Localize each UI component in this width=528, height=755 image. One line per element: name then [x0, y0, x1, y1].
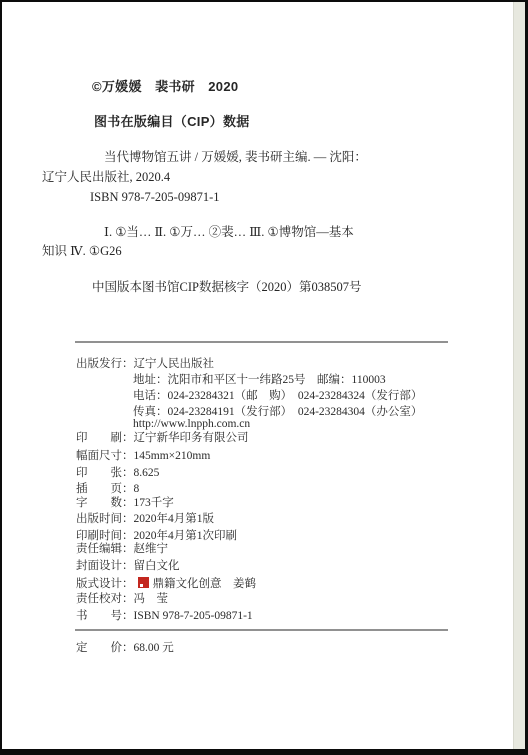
publisher-phone: 电话：024-23284321（邮 购） 024-23284324（发行部）: [133, 387, 422, 403]
price-row: 定 价：68.00 元: [76, 639, 174, 655]
row-trim-size: 幅面尺寸：145mm×210mm: [76, 447, 210, 463]
cip-heading: 图书在版编目（CIP）数据: [94, 115, 250, 130]
publisher-name: 辽宁人民出版社: [134, 358, 215, 370]
designer-seal-icon: [138, 577, 149, 588]
row-proofreader: 责任校对：冯 莹: [76, 590, 168, 606]
divider-line-bottom: [75, 629, 448, 631]
page-edge-left: [0, 0, 2, 755]
publisher-fax: 传真：024-23284191（发行部） 024-23284304（办公室）: [133, 403, 422, 419]
cip-entry-line1: 当代博物馆五讲 / 万媛媛, 裴书研主编. — 沈阳：: [104, 150, 367, 164]
row-printed-sheets: 印 张：8.625: [76, 464, 159, 480]
cip-entry-line2: 辽宁人民出版社, 2020.4: [42, 170, 170, 184]
copyright-line: ©万媛媛 裴书研 2020: [92, 80, 238, 95]
divider-line-top: [75, 341, 448, 343]
page-edge-bottom: [0, 749, 528, 755]
scan-strip-right: [513, 2, 525, 749]
row-word-count: 字 数：173千字: [76, 494, 174, 510]
row-book-number: 书 号：ISBN 978-7-205-09871-1: [76, 607, 253, 623]
cip-classification-line2: 知识 Ⅳ. ①G26: [42, 244, 122, 258]
price-label: 定 价：: [76, 642, 134, 654]
price-value: 68.00 元: [134, 642, 174, 654]
row-cover-design: 封面设计：留白文化: [76, 557, 180, 573]
cip-record-number: 中国版本图书馆CIP数据核字（2020）第038507号: [92, 280, 361, 294]
publisher-address: 地址：沈阳市和平区十一纬路25号 邮编：110003: [133, 371, 386, 387]
publisher-row: 出版发行：辽宁人民出版社: [76, 355, 214, 371]
page-edge-top: [0, 0, 528, 2]
row-printer: 印 刷：辽宁新华印务有限公司: [76, 429, 249, 445]
isbn-line: ISBN 978-7-205-09871-1: [90, 190, 220, 204]
publisher-label: 出版发行：: [76, 358, 134, 370]
row-publication-date: 出版时间：2020年4月第1版: [76, 510, 214, 526]
row-layout-design: 版式设计：鼎籍文化创意 姜鹤: [76, 575, 256, 591]
row-responsible-editor: 责任编辑：赵维宁: [76, 540, 168, 556]
cip-classification-line1: Ⅰ. ①当… Ⅱ. ①万… ②裴… Ⅲ. ①博物馆—基本: [104, 225, 354, 239]
book-colophon-page: ©万媛媛 裴书研 2020 图书在版编目（CIP）数据 当代博物馆五讲 / 万媛…: [0, 0, 528, 755]
